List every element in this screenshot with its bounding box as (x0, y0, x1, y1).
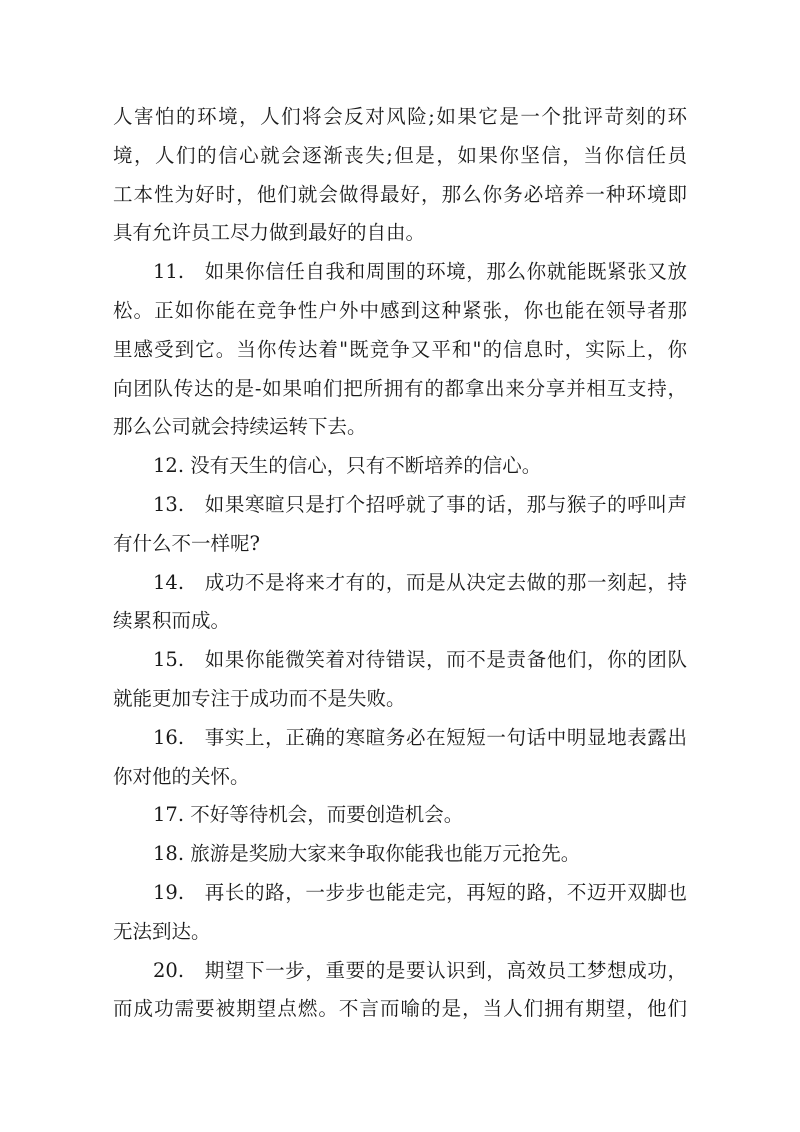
list-item-17: 17. 不好等待机会，而要创造机会。 (113, 796, 687, 835)
list-item-14-line: 14. 成功不是将来才有的，而是从决定去做的那一刻起，持 (113, 564, 687, 603)
paragraph-line: 具有允许员工尽力做到最好的自由。 (113, 214, 687, 253)
list-item-20-line: 而成功需要被期望点燃。不言而喻的是，当人们拥有期望，他们 (113, 990, 687, 1029)
paragraph-line: 人害怕的环境，人们将会反对风险;如果它是一个批评苛刻的环 (113, 98, 687, 137)
list-item-16-line: 你对他的关怀。 (113, 758, 687, 797)
list-item-11-line: 那么公司就会持续运转下去。 (113, 408, 687, 447)
list-item-19-line: 19. 再长的路，一步步也能走完，再短的路，不迈开双脚也 (113, 874, 687, 913)
list-item-11-line: 向团队传达的是-如果咱们把所拥有的都拿出来分享并相互支持， (113, 370, 687, 409)
list-item-13-line: 有什么不一样呢? (113, 525, 687, 564)
list-item-15-line: 就能更加专注于成功而不是失败。 (113, 680, 687, 719)
list-item-18: 18. 旅游是奖励大家来争取你能我也能万元抢先。 (113, 835, 687, 874)
list-item-15-line: 15. 如果你能微笑着对待错误，而不是责备他们，你的团队 (113, 641, 687, 680)
paragraph-line: 工本性为好时，他们就会做得最好，那么你务必培养一种环境即 (113, 176, 687, 215)
list-item-11-line: 11. 如果你信任自我和周围的环境，那么你就能既紧张又放 (113, 253, 687, 292)
list-item-11-line: 里感受到它。当你传达着"既竞争又平和"的信息时，实际上，你 (113, 331, 687, 370)
list-item-11-line: 松。正如你能在竞争性户外中感到这种紧张，你也能在领导者那 (113, 292, 687, 331)
list-item-19-line: 无法到达。 (113, 913, 687, 952)
document-body: 人害怕的环境，人们将会反对风险;如果它是一个批评苛刻的环 境，人们的信心就会逐渐… (113, 98, 687, 1029)
list-item-13-line: 13. 如果寒暄只是打个招呼就了事的话，那与猴子的呼叫声 (113, 486, 687, 525)
list-item-16-line: 16. 事实上，正确的寒暄务必在短短一句话中明显地表露出 (113, 719, 687, 758)
list-item-20-line: 20. 期望下一步，重要的是要认识到，高效员工梦想成功， (113, 952, 687, 991)
list-item-14-line: 续累积而成。 (113, 602, 687, 641)
document-page: 人害怕的环境，人们将会反对风险;如果它是一个批评苛刻的环 境，人们的信心就会逐渐… (0, 0, 800, 1132)
list-item-12: 12. 没有天生的信心，只有不断培养的信心。 (113, 447, 687, 486)
paragraph-line: 境，人们的信心就会逐渐丧失;但是，如果你坚信，当你信任员 (113, 137, 687, 176)
